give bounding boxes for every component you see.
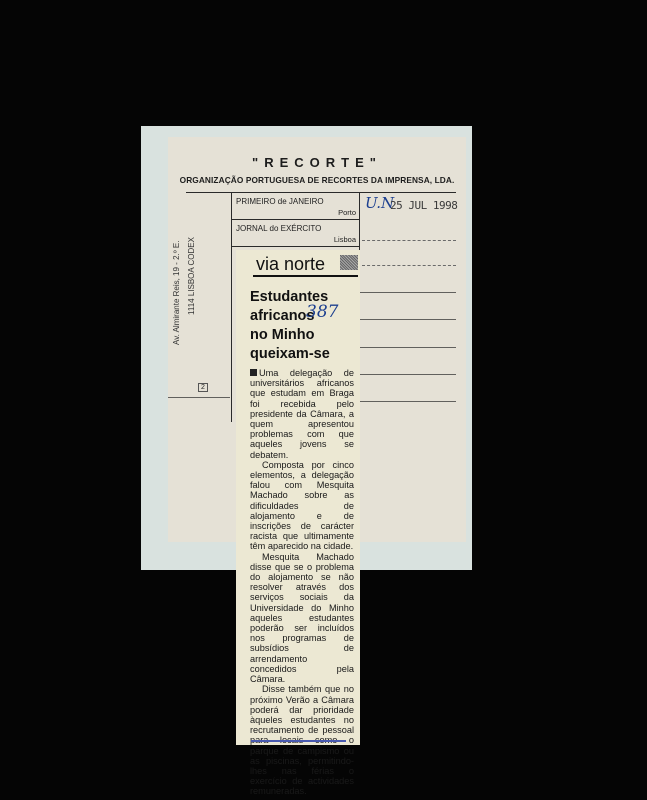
entry-line [359,374,456,375]
agency-title: "RECORTE" [168,155,466,170]
header-rule [186,192,456,193]
source-divider [231,246,359,247]
paragraph-text: Uma delegação de universitários africano… [250,368,354,460]
entry-line [359,401,456,402]
newspaper-clipping: via norte Estudantes africanos no Minho … [236,250,360,745]
source-city: Lisboa [298,235,356,244]
entry-line [359,319,456,320]
address-line: Av. Almirante Reis, 19 - 2.º E. [172,241,181,345]
column-divider-left [231,192,232,422]
handwritten-number: 387 [306,302,338,322]
source-name: JORNAL do EXÉRCITO [236,224,321,233]
bullet-square-icon [250,369,257,376]
paragraph: Composta por cinco elementos, a delegaçã… [250,460,354,552]
paragraph: Mesquita Machado disse que se o problema… [250,552,354,685]
agency-organization: ORGANIZAÇÃO PORTUGUESA DE RECORTES DA IM… [168,175,466,185]
ink-mark [251,740,346,742]
page-marker: 2 [198,383,208,392]
article-body: Uma delegação de universitários africano… [250,368,354,797]
paragraph: Uma delegação de universitários africano… [250,368,354,460]
entry-line [362,240,456,242]
headline-line: no Minho [250,326,330,345]
section-logo-icon [340,255,358,270]
entry-line [362,265,456,267]
entry-line [359,292,456,293]
source-name: PRIMEIRO de JANEIRO [236,197,324,206]
footer-rule [168,397,230,398]
address-line: 1114 LISBOA CODEX [187,237,196,315]
section-name: via norte [256,254,325,275]
source-divider [231,219,359,220]
headline: Estudantes africanos no Minho queixam-se [250,288,330,364]
headline-line: queixam-se [250,345,330,364]
section-rule [253,275,358,277]
date-stamp: 25 JUL 1998 [390,199,457,212]
source-city: Porto [298,208,356,217]
entry-line [359,347,456,348]
